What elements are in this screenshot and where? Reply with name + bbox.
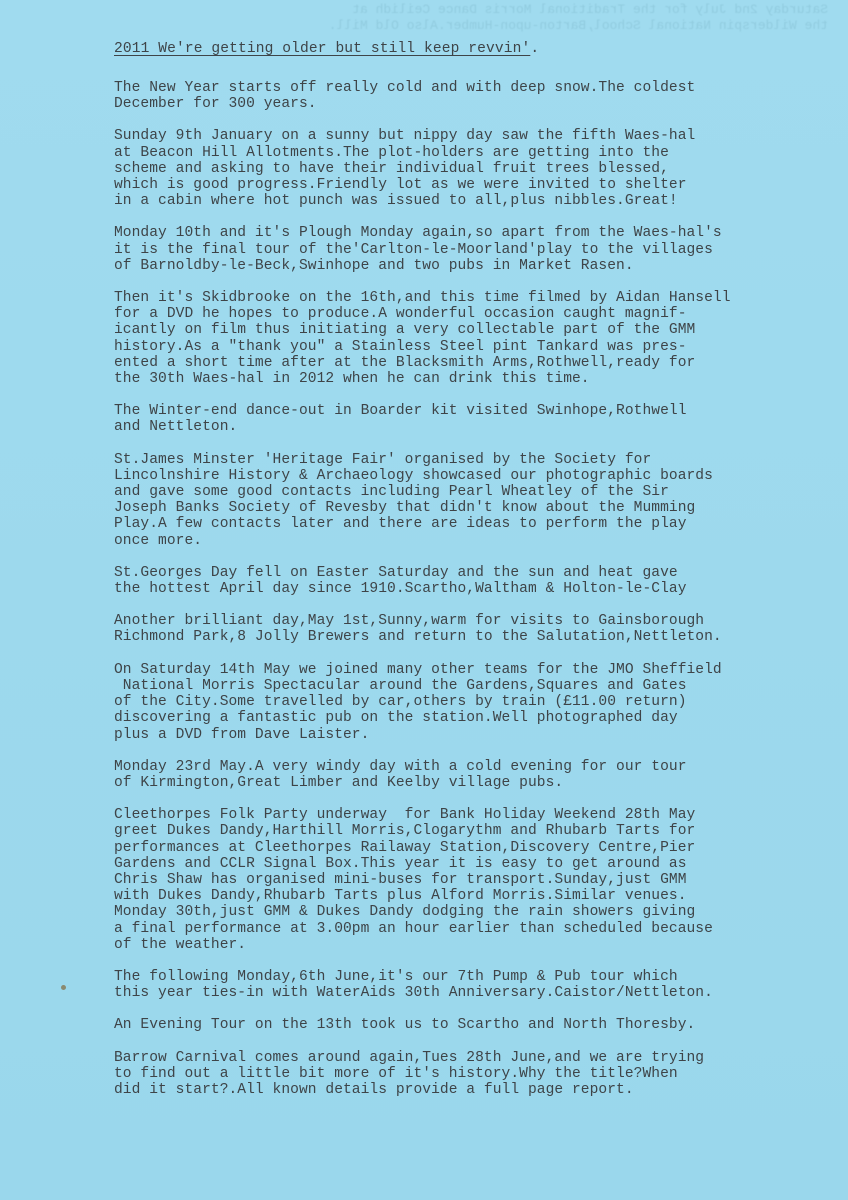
paragraph-kirmington: Monday 23rd May.A very windy day with a … [114,759,834,791]
paragraph-waes-hal-beacon-hill: Sunday 9th January on a sunny but nippy … [114,128,834,209]
paragraph-barrow-carnival: Barrow Carnival comes around again,Tues … [114,1050,834,1099]
bleed-through-text: Saturday 2nd July for the Traditional Mo… [108,2,828,34]
paragraph-plough-monday: Monday 10th and it's Plough Monday again… [114,225,834,274]
paragraph-sheffield: On Saturday 14th May we joined many othe… [114,662,834,743]
title-text: 2011 We're getting older but still keep … [114,41,530,57]
paragraph-winter-end: The Winter-end dance-out in Boarder kit … [114,403,834,435]
title-suffix: . [530,41,539,57]
paragraph-new-year: The New Year starts off really cold and … [114,80,834,112]
paragraph-cleethorpes-folk: Cleethorpes Folk Party underway for Bank… [114,807,834,953]
document-title: 2011 We're getting older but still keep … [114,41,834,58]
paragraph-skidbrooke: Then it's Skidbrooke on the 16th,and thi… [114,290,834,387]
document-body: 2011 We're getting older but still keep … [114,41,834,1114]
punch-hole-mark [61,985,66,990]
paragraph-pump-and-pub: The following Monday,6th June,it's our 7… [114,969,834,1001]
paper-page: Saturday 2nd July for the Traditional Mo… [0,0,848,1200]
paragraph-heritage-fair: St.James Minster 'Heritage Fair' organis… [114,452,834,549]
paragraph-may-1st: Another brilliant day,May 1st,Sunny,warm… [114,613,834,645]
paragraph-st-georges-day: St.Georges Day fell on Easter Saturday a… [114,565,834,597]
paragraph-evening-tour: An Evening Tour on the 13th took us to S… [114,1017,834,1033]
